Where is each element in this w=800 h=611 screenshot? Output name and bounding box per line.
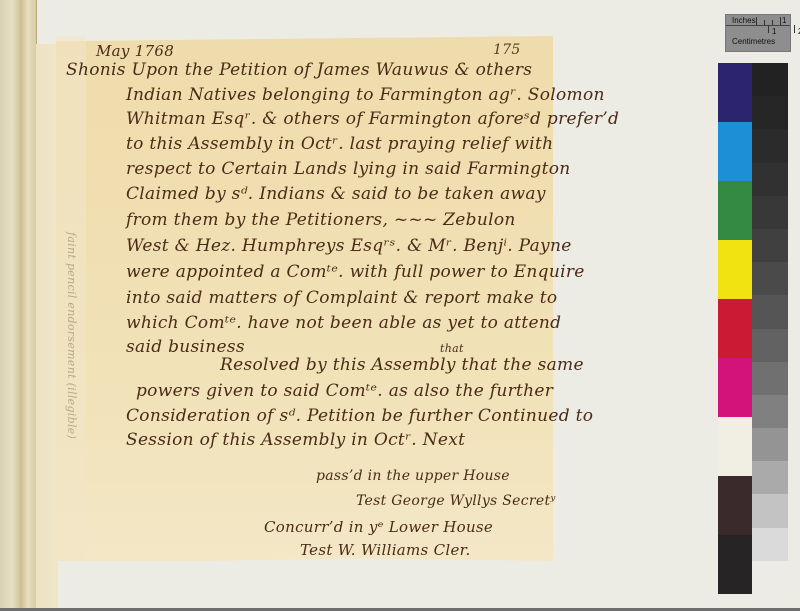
ruler-tick (780, 17, 781, 25)
gray-step (752, 561, 788, 594)
color-swatch-black (718, 535, 753, 594)
text-line: Claimed by sᵈ. Indians & said to be take… (126, 184, 546, 204)
folded-paper-edge-inner (20, 0, 37, 611)
color-swatch-red (718, 299, 753, 358)
signature-line: Test George Wyllys Secretʸ (356, 493, 556, 509)
gray-step (752, 395, 788, 428)
text-line: Resolved by this Assembly that the same (220, 355, 584, 375)
text-line: into said matters of Complaint & report … (126, 288, 557, 308)
text-line: Whitman Esqʳ. & others of Farmington afo… (126, 109, 619, 129)
color-swatch-cyan (718, 122, 753, 181)
text-line: respect to Certain Lands lying in said F… (126, 159, 571, 179)
color-swatch-yellow (718, 240, 753, 299)
color-swatch-blue-violet (718, 63, 753, 122)
gray-step (752, 528, 788, 561)
grayscale-column (752, 63, 788, 594)
interlinear-insertion: that (440, 342, 464, 355)
gray-step (752, 329, 788, 362)
ruler-inches-label: Inches (732, 16, 756, 25)
text-line: Consideration of sᵈ. Petition be further… (126, 406, 593, 426)
signature-line: Concurr’d in yᵉ Lower House (264, 518, 493, 536)
signature-line: pass’d in the upper House (316, 468, 510, 484)
gray-step (752, 129, 788, 162)
gray-step (752, 63, 788, 96)
text-line: which Comᵗᵉ. have not been able as yet t… (126, 313, 561, 333)
gray-step (752, 428, 788, 461)
color-swatch-dark-brown (718, 476, 753, 535)
color-swatch-column (718, 63, 753, 594)
text-line: to this Assembly in Octʳ. last praying r… (126, 134, 553, 154)
text-line: powers given to said Comᵗᵉ. as also the … (136, 381, 553, 401)
gray-step (752, 362, 788, 395)
color-swatch-white (718, 417, 753, 476)
folio-number: 175 (493, 42, 521, 58)
color-swatch-magenta (718, 358, 753, 417)
scale-ruler: Inches 1 1 2 Centimetres (725, 14, 791, 52)
text-line: Shonis Upon the Petition of James Wauwus… (66, 60, 532, 80)
ruler-inch-mark: 1 (782, 16, 786, 25)
margin-endorsement: faint pencil endorsement (illegible) (65, 232, 78, 439)
ruler-tick (794, 25, 795, 33)
gray-step (752, 295, 788, 328)
paper-margin-strip (36, 44, 58, 611)
ruler-cm-label: Centimetres (732, 37, 775, 46)
text-line: Indian Natives belonging to Farmington a… (126, 85, 605, 105)
gray-step (752, 494, 788, 527)
gray-step (752, 163, 788, 196)
gray-step (752, 262, 788, 295)
ruler-tick (772, 20, 773, 25)
gray-step (752, 196, 788, 229)
ruler-tick (768, 25, 769, 33)
text-line: West & Hez. Humphreys Esqʳˢ. & Mʳ. Benjⁱ… (126, 236, 572, 256)
gray-step (752, 461, 788, 494)
ruler-cm-mark: 1 (772, 27, 776, 36)
signature-line: Test W. Williams Cler. (300, 541, 471, 559)
text-line: Session of this Assembly in Octʳ. Next (126, 430, 465, 450)
ruler-tick (756, 17, 757, 25)
ruler-tick (764, 20, 765, 25)
gray-step (752, 96, 788, 129)
text-line: said business (126, 337, 245, 357)
color-swatch-green (718, 181, 753, 240)
text-line: from them by the Petitioners, ~~~ Zebulo… (126, 210, 516, 230)
ruler-baseline (726, 25, 790, 26)
gray-step (752, 229, 788, 262)
folded-paper-edge (0, 0, 20, 611)
date-heading: May 1768 (96, 42, 174, 60)
text-line: were appointed a Comᵗᵉ. with full power … (126, 262, 585, 282)
